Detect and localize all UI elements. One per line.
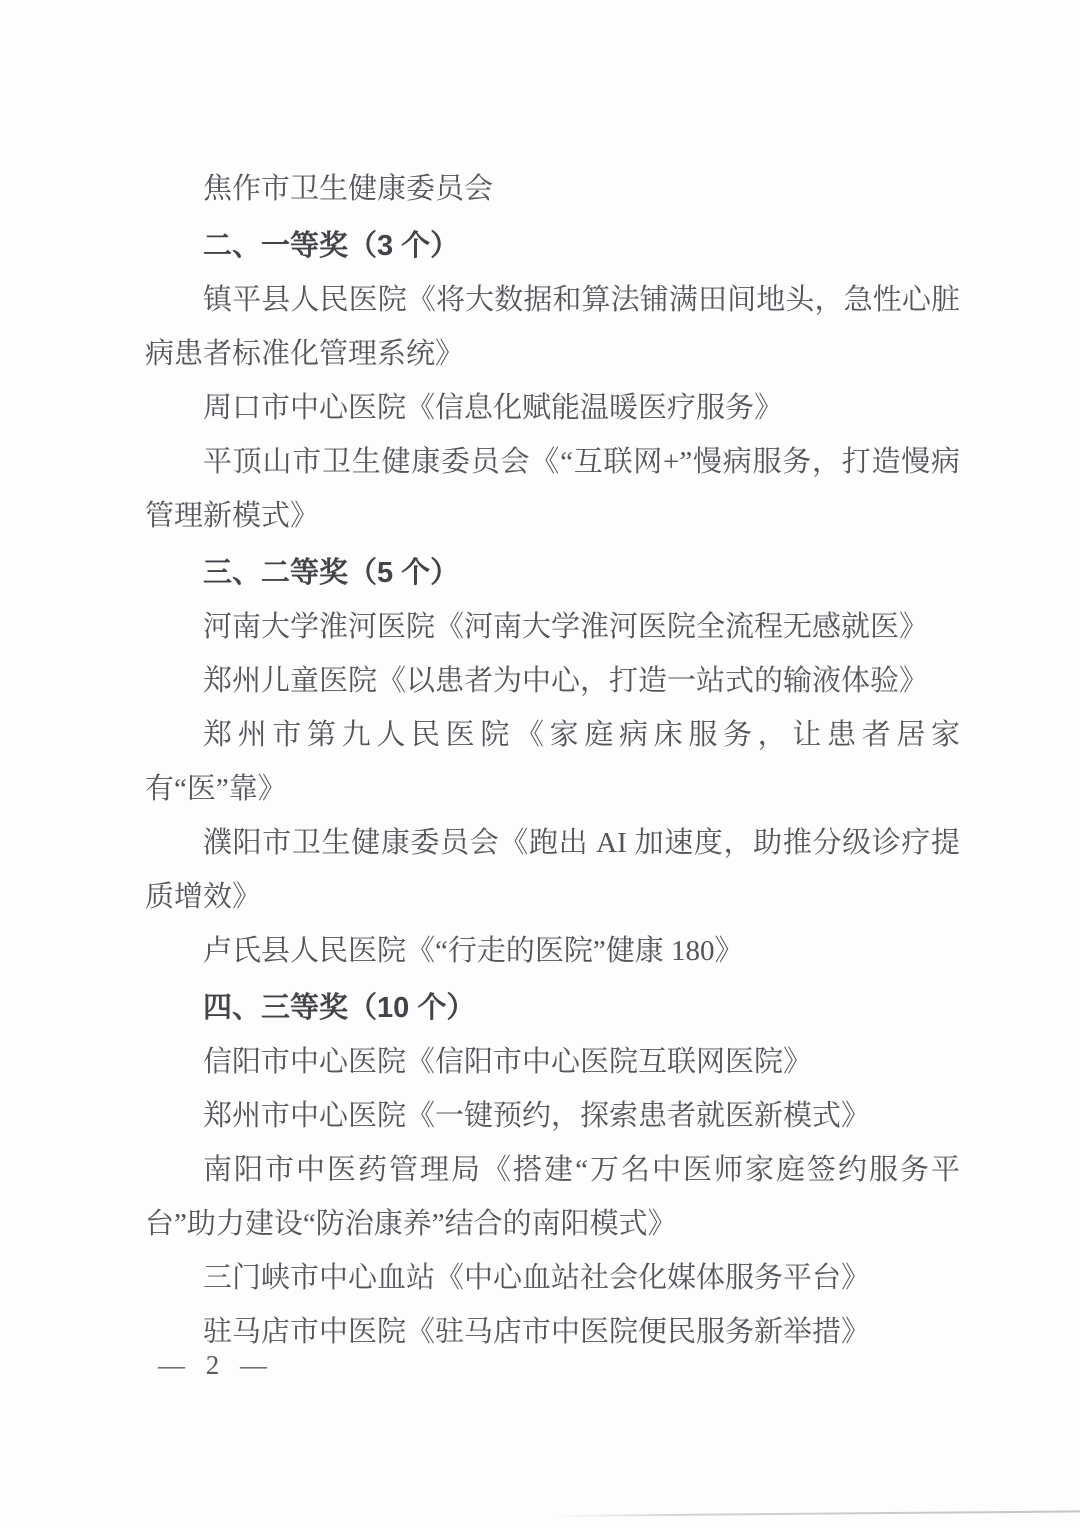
paragraph-award-item: 三门峡市中心血站《中心血站社会化媒体服务平台》 — [145, 1251, 960, 1305]
section-heading-second-prize: 三、二等奖（5 个） — [145, 546, 960, 600]
paragraph-award-item: 南阳市中医药管理局《搭建“万名中医师家庭签约服务平台”助力建设“防治康养”结合的… — [145, 1143, 960, 1251]
scan-artifact-line — [552, 1510, 1080, 1517]
section-heading-first-prize: 二、一等奖（3 个） — [145, 219, 960, 273]
section-heading-third-prize: 四、三等奖（10 个） — [145, 981, 960, 1035]
paragraph-org-continuation: 焦作市卫生健康委员会 — [145, 162, 960, 216]
paragraph-award-item: 卢氏县人民医院《“行走的医院”健康 180》 — [145, 924, 960, 978]
document-body: 焦作市卫生健康委员会 二、一等奖（3 个） 镇平县人民医院《将大数据和算法铺满田… — [145, 162, 960, 1359]
paragraph-award-item: 河南大学淮河医院《河南大学淮河医院全流程无感就医》 — [145, 600, 960, 654]
paragraph-award-item: 郑州市第九人民医院《家庭病床服务，让患者居家有“医”靠》 — [145, 708, 960, 816]
page-number: — 2 — — [158, 1350, 274, 1381]
paragraph-award-item: 郑州市中心医院《一键预约，探索患者就医新模式》 — [145, 1089, 960, 1143]
paragraph-award-item: 周口市中心医院《信息化赋能温暖医疗服务》 — [145, 381, 960, 435]
paragraph-award-item: 平顶山市卫生健康委员会《“互联网+”慢病服务，打造慢病管理新模式》 — [145, 435, 960, 543]
paragraph-award-item: 郑州儿童医院《以患者为中心，打造一站式的输液体验》 — [145, 654, 960, 708]
document-page: 焦作市卫生健康委员会 二、一等奖（3 个） 镇平县人民医院《将大数据和算法铺满田… — [0, 0, 1080, 1528]
paragraph-award-item: 镇平县人民医院《将大数据和算法铺满田间地头，急性心脏病患者标准化管理系统》 — [145, 273, 960, 381]
paragraph-award-item: 信阳市中心医院《信阳市中心医院互联网医院》 — [145, 1035, 960, 1089]
paragraph-award-item: 濮阳市卫生健康委员会《跑出 AI 加速度，助推分级诊疗提质增效》 — [145, 816, 960, 924]
